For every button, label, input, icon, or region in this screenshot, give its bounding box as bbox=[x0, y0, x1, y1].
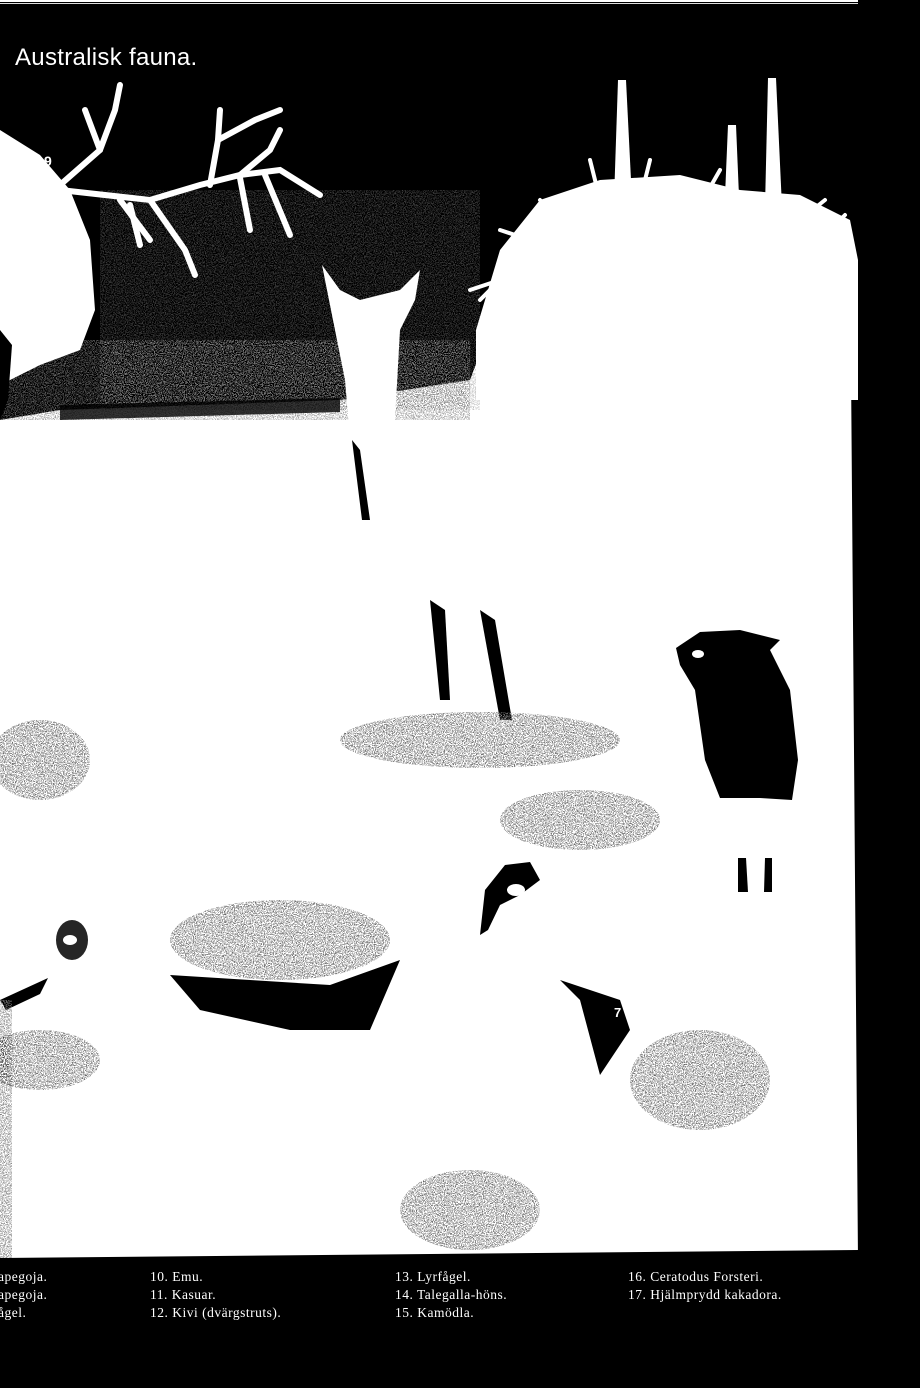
plate-title: Australisk fauna. bbox=[15, 44, 198, 72]
legend-column-2: 10. Emu. 11. Kasuar. 12. Kivi (dvärgstru… bbox=[150, 1268, 281, 1322]
illustration-plate bbox=[0, 0, 920, 1388]
legend-column-3: 13. Lyrfågel. 14. Talegalla-höns. 15. Ka… bbox=[395, 1268, 507, 1322]
legend-column-1: apegoja. apegoja. ågel. bbox=[0, 1268, 47, 1322]
legend-item: 15. Kamödla. bbox=[395, 1304, 507, 1322]
legend-item: 17. Hjälmprydd kakadora. bbox=[628, 1286, 782, 1304]
grass-tree bbox=[470, 78, 858, 400]
legend-item: 11. Kasuar. bbox=[150, 1286, 281, 1304]
legend-item: ågel. bbox=[0, 1304, 47, 1322]
plate-artwork bbox=[0, 0, 920, 1388]
legend-item: 10. Emu. bbox=[150, 1268, 281, 1286]
legend-item: 13. Lyrfågel. bbox=[395, 1268, 507, 1286]
species-legend: apegoja. apegoja. ågel. 10. Emu. 11. Kas… bbox=[0, 1268, 920, 1348]
legend-item: 14. Talegalla-höns. bbox=[395, 1286, 507, 1304]
legend-item: 16. Ceratodus Forsteri. bbox=[628, 1268, 782, 1286]
legend-item: apegoja. bbox=[0, 1286, 47, 1304]
legend-column-4: 16. Ceratodus Forsteri. 17. Hjälmprydd k… bbox=[628, 1268, 782, 1304]
legend-item: 12. Kivi (dvärgstruts). bbox=[150, 1304, 281, 1322]
legend-item: apegoja. bbox=[0, 1268, 47, 1286]
figure-marker-9: 9 bbox=[44, 153, 52, 169]
figure-marker-7: 7 bbox=[614, 1005, 621, 1020]
